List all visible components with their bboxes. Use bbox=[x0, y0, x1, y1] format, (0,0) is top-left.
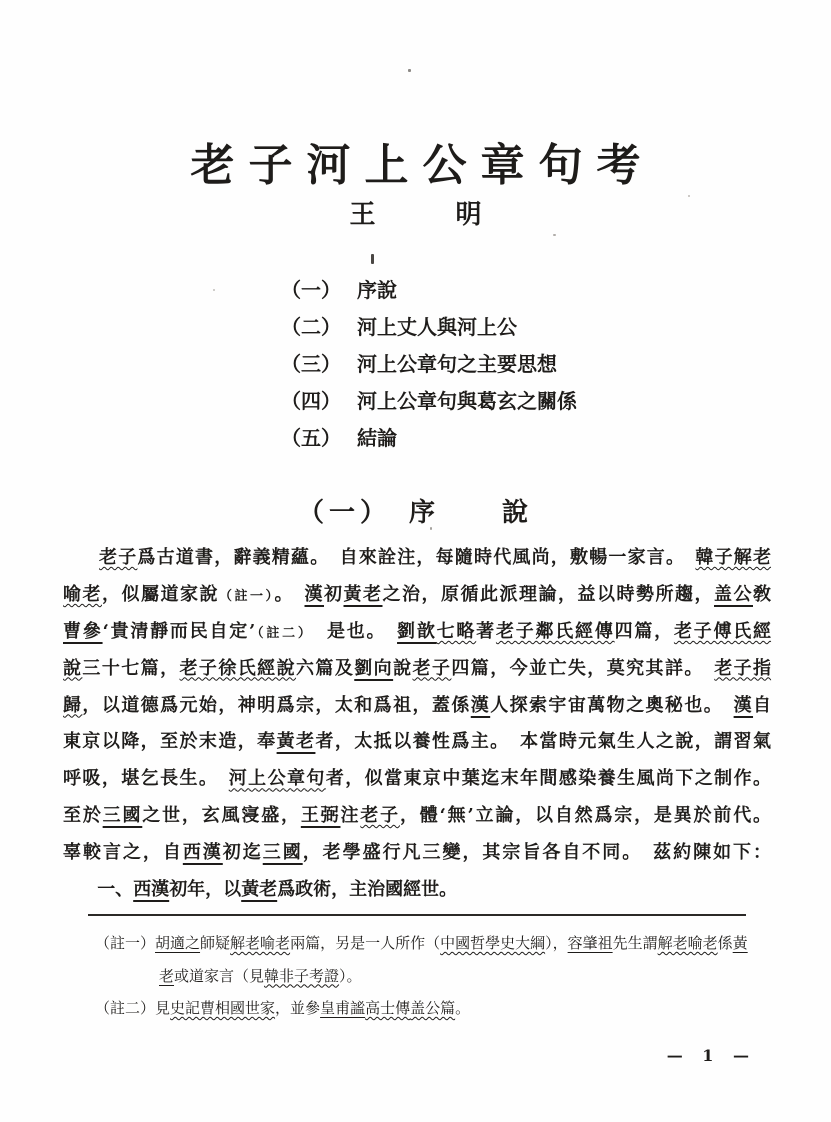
text-run: 辜較言之，自 bbox=[63, 842, 183, 863]
table-of-contents: （一）序說 （二）河上丈人與河上公 （三）河上公章句之主要思想 （四）河上公章句… bbox=[281, 276, 577, 461]
toc-item: （一）序說 bbox=[281, 276, 577, 313]
book-title-mark: 河上公章句 bbox=[229, 768, 326, 789]
proper-noun-mark: 容肇祖 bbox=[568, 934, 613, 952]
text-run: ，似屬道家說 bbox=[102, 584, 219, 605]
proper-noun-mark: 劉向 bbox=[354, 658, 393, 679]
text-run: ‘貴清靜而民自定’ bbox=[103, 621, 256, 642]
book-title-mark: 老子傅氏經 bbox=[674, 621, 771, 642]
proper-noun-mark: 老 bbox=[159, 967, 174, 985]
toc-item-label: 序說 bbox=[357, 278, 397, 302]
text-run: 六篇及 bbox=[296, 658, 354, 679]
toc-item-number: （五） bbox=[281, 424, 341, 452]
footnote-ref: （註一） bbox=[219, 589, 275, 604]
proper-noun-mark: 曹參 bbox=[63, 621, 103, 642]
book-title-mark: 老子徐氏經說 bbox=[180, 658, 297, 679]
text-run: ，體‘無’立論，以自然爲宗，是異於前代。 bbox=[400, 805, 771, 826]
text-run: 東京以降，至於末造，奉 bbox=[63, 731, 277, 752]
toc-item: （五）結論 bbox=[281, 424, 577, 461]
toc-item: （三）河上公章句之主要思想 bbox=[281, 350, 577, 387]
footnote-rule bbox=[88, 914, 746, 916]
footnote-ref: （註二） bbox=[255, 626, 307, 641]
text-run: 初迄 bbox=[223, 842, 263, 863]
text-run: 四篇， bbox=[615, 621, 674, 642]
text-line: 說三十七篇，老子徐氏經說六篇及劉向說老子四篇，今並亡失，莫究其詳。 老子指 bbox=[63, 651, 771, 688]
text-line: 曹參‘貴清靜而民自定’（註二） 是也。 劉歆七略著老子鄰氏經傳四篇，老子傅氏經 bbox=[63, 614, 771, 651]
text-line: 老子爲古道書，辭義精蘊。 自來詮注，每隨時代風尚，敷暢一家言。 韓子解老 bbox=[63, 540, 771, 577]
text-run: 先生謂 bbox=[613, 934, 658, 952]
text-run: 初年，以 bbox=[169, 879, 241, 900]
text-run: 爲政術，主治國經世。 bbox=[277, 879, 457, 900]
proper-noun-mark: 黃老 bbox=[241, 879, 277, 900]
text-run: 一、 bbox=[97, 879, 133, 900]
book-title-mark: 中國哲學史大綱 bbox=[440, 934, 545, 952]
text-run: 自 bbox=[753, 695, 771, 716]
text-line: 喻老，似屬道家說（註一）。 漢初黃老之治，原循此派理論，益以時勢所趨，盖公敎 bbox=[63, 577, 771, 614]
scan-artifact bbox=[430, 527, 432, 530]
text-run: ，以道德爲元始，神明爲宗，太和爲祖，蓋係 bbox=[82, 695, 470, 716]
text-run: （註一） bbox=[95, 934, 155, 952]
proper-noun-mark: 三國 bbox=[103, 805, 143, 826]
scan-artifact bbox=[553, 234, 556, 236]
text-run: 至於 bbox=[63, 805, 103, 826]
text-run: 四篇，今並亡失，莫究其詳。 bbox=[451, 658, 714, 679]
text-run: ）， bbox=[545, 934, 568, 952]
proper-noun-mark: 黃 bbox=[733, 934, 748, 952]
scan-artifact bbox=[408, 69, 411, 72]
toc-item-label: 河上公章句與葛玄之關係 bbox=[357, 389, 577, 413]
proper-noun-mark: 王弼 bbox=[301, 805, 341, 826]
text-run: 人探索宇宙萬物之奧秘也。 bbox=[490, 695, 733, 716]
proper-noun-mark: 黃老 bbox=[344, 584, 383, 605]
toc-item-number: （一） bbox=[281, 276, 341, 304]
text-line: 歸，以道德爲元始，神明爲宗，太和爲祖，蓋係漢人探索宇宙萬物之奧秘也。 漢自 bbox=[63, 688, 771, 725]
footnotes: （註一）胡適之師疑解老喻老兩篇，另是一人所作（中國哲學史大綱），容肇祖先生謂解老… bbox=[95, 927, 787, 1025]
proper-noun-mark: 盖公 bbox=[714, 584, 753, 605]
text-run: 。 bbox=[275, 584, 305, 605]
text-run: 見 bbox=[155, 999, 170, 1017]
text-run: 著 bbox=[476, 621, 496, 642]
scan-artifact bbox=[213, 289, 215, 291]
text-run: （註二） bbox=[95, 999, 155, 1017]
book-title-mark: 老子 bbox=[99, 547, 137, 568]
book-title-mark: 高士傳 bbox=[365, 999, 410, 1017]
book-title-mark: 老子指 bbox=[714, 658, 771, 679]
text-line: 東京以降，至於末造，奉黃老者，太抵以養性爲主。 本當時元氣生人之說，謂習氣 bbox=[63, 724, 771, 761]
toc-item-label: 河上丈人與河上公 bbox=[357, 315, 517, 339]
text-run: 者，似當東京中葉迄末年間感染養生風尚下之制作。 bbox=[326, 768, 771, 789]
text-run: 初 bbox=[324, 584, 344, 605]
proper-noun-mark: 漢 bbox=[734, 695, 753, 716]
text-run: ）。 bbox=[339, 967, 362, 985]
book-title-mark: 喻老 bbox=[63, 584, 102, 605]
book-title-mark: 解老喻老 bbox=[658, 934, 718, 952]
page-number: — 1 — bbox=[667, 1046, 749, 1065]
text-line: 至於三國之世，玄風寖盛，王弼注老子，體‘無’立論，以自然爲宗，是異於前代。 bbox=[63, 798, 771, 835]
text-run: 師疑 bbox=[200, 934, 230, 952]
book-title-mark: 韓子解老 bbox=[695, 547, 771, 568]
text-run: 注 bbox=[340, 805, 360, 826]
toc-item: （二）河上丈人與河上公 bbox=[281, 313, 577, 350]
text-line: 辜較言之，自西漢初迄三國，老學盛行凡三變，其宗旨各自不同。 茲約陳如下： bbox=[63, 835, 771, 872]
author-surname: 王 bbox=[349, 194, 375, 231]
text-run: 或道家言（見 bbox=[174, 967, 264, 985]
text-run: 之世，玄風寖盛， bbox=[142, 805, 301, 826]
toc-item-label: 結論 bbox=[357, 426, 397, 450]
text-run: 三十七篇， bbox=[82, 658, 179, 679]
scan-artifact bbox=[371, 254, 374, 264]
toc-item: （四）河上公章句與葛玄之關係 bbox=[281, 387, 577, 424]
text-run: 說 bbox=[393, 658, 412, 679]
text-run: 爲古道書，辭義精蘊。 自來詮注，每隨時代風尚，敷暢一家言。 bbox=[137, 547, 695, 568]
text-run: ，老學盛行凡三變，其宗旨各自不同。 茲約陳如下： bbox=[303, 842, 771, 863]
page-title: 老子河上公章句考 bbox=[0, 129, 831, 193]
proper-noun-mark: 黃老 bbox=[277, 731, 316, 752]
book-title-mark: 老子 bbox=[413, 658, 452, 679]
text-run: 呼吸，堪乞長生。 bbox=[63, 768, 229, 789]
toc-item-number: （二） bbox=[281, 313, 341, 341]
author-name: 王 明 bbox=[0, 194, 831, 231]
toc-item-number: （四） bbox=[281, 387, 341, 415]
proper-noun-mark: 三國 bbox=[263, 842, 303, 863]
text-run: 敎 bbox=[753, 584, 771, 605]
text-run: 者，太抵以養性爲主。 本當時元氣生人之說，謂習氣 bbox=[315, 731, 771, 752]
text-run: 係 bbox=[718, 934, 733, 952]
proper-noun-mark: 胡適之 bbox=[155, 934, 200, 952]
toc-item-number: （三） bbox=[281, 350, 341, 378]
scan-artifact bbox=[688, 195, 690, 197]
section-heading: （一） 序 說 bbox=[0, 492, 831, 529]
book-title-mark: 韓非子考證 bbox=[264, 967, 339, 985]
proper-noun-mark: 漢 bbox=[471, 695, 490, 716]
text-run: 是也。 bbox=[307, 621, 397, 642]
text-line: 一、西漢初年，以黃老爲政術，主治國經世。 bbox=[63, 872, 771, 909]
text-line: 呼吸，堪乞長生。 河上公章句者，似當東京中葉迄末年間感染養生風尚下之制作。 bbox=[63, 761, 771, 798]
scanned-paper-page: 老子河上公章句考 王 明 （一）序說 （二）河上丈人與河上公 （三）河上公章句之… bbox=[0, 0, 831, 1122]
book-title-mark: 盖公篇 bbox=[410, 999, 455, 1017]
toc-item-label: 河上公章句之主要思想 bbox=[357, 352, 557, 376]
book-title-mark: 老子鄰氏經傳 bbox=[496, 621, 615, 642]
book-title-mark: 七略 bbox=[437, 621, 477, 642]
book-title-mark: 史記曹相國世家 bbox=[170, 999, 275, 1017]
proper-noun-mark: 西漢 bbox=[183, 842, 223, 863]
text-line: （註二）見史記曹相國世家，並參皇甫謐高士傳盖公篇。 bbox=[95, 992, 787, 1025]
book-title-mark: 解老喻老 bbox=[230, 934, 290, 952]
proper-noun-mark: 漢 bbox=[305, 584, 325, 605]
book-title-mark: 說 bbox=[63, 658, 82, 679]
text-run: ，並參 bbox=[275, 999, 320, 1017]
text-run: 之治，原循此派理論，益以時勢所趨， bbox=[383, 584, 715, 605]
book-title-mark: 老子 bbox=[360, 805, 400, 826]
proper-noun-mark: 皇甫謐 bbox=[320, 999, 365, 1017]
text-line: 老或道家言（見韓非子考證）。 bbox=[95, 960, 787, 993]
author-given-name: 明 bbox=[456, 194, 482, 231]
proper-noun-mark: 劉歆 bbox=[397, 621, 437, 642]
text-line: （註一）胡適之師疑解老喻老兩篇，另是一人所作（中國哲學史大綱），容肇祖先生謂解老… bbox=[95, 927, 787, 960]
book-title-mark: 歸 bbox=[63, 695, 82, 716]
text-run: 兩篇，另是一人所作（ bbox=[290, 934, 440, 952]
text-run: 。 bbox=[455, 999, 470, 1017]
body-paragraph: 老子爲古道書，辭義精蘊。 自來詮注，每隨時代風尚，敷暢一家言。 韓子解老喻老，似… bbox=[63, 540, 771, 909]
proper-noun-mark: 西漢 bbox=[133, 879, 169, 900]
